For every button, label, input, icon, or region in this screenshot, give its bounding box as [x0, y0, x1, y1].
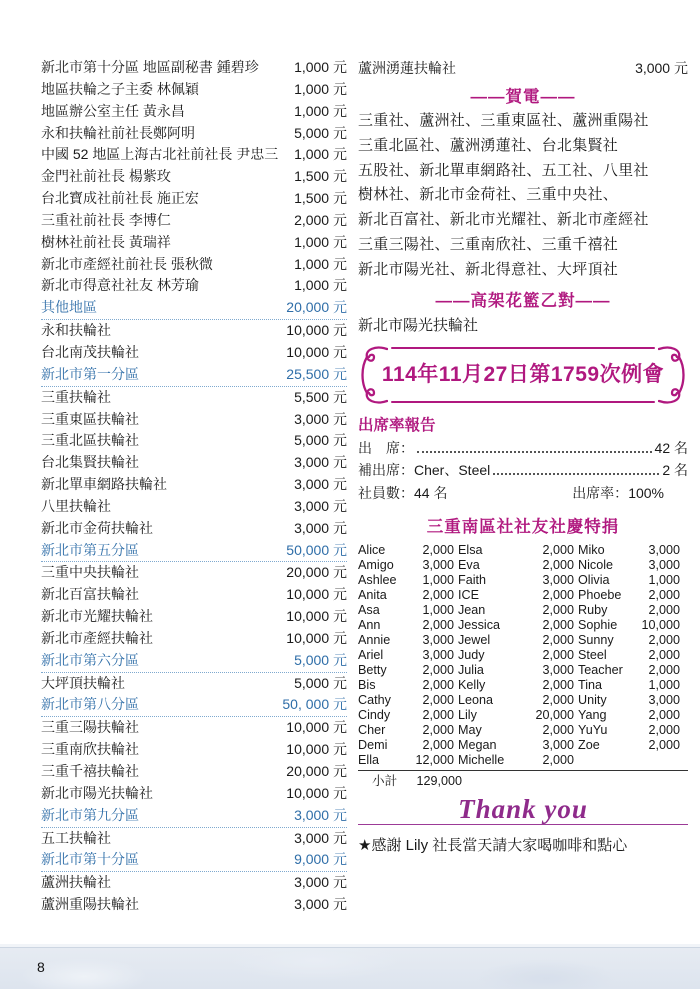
donor-name: 台北寶成社前社長 施正宏 [41, 188, 199, 210]
donor-row: 蘆洲湧蓮扶輪社 3,000 元 [358, 57, 688, 79]
donation-table-name: Jessica [458, 618, 520, 633]
donation-table-amount: 2,000 [638, 708, 680, 723]
donor-row: 新北市金荷扶輪社3,000 元 [41, 518, 347, 540]
donation-amount: 10,000 元 [280, 739, 347, 761]
donation-table-amount: 2,000 [524, 603, 574, 618]
donation-amount: 3,000 元 [288, 894, 347, 916]
donor-name: 台北集賢扶輪社 [41, 452, 139, 474]
donation-table-amount: 3,000 [524, 738, 574, 753]
congrats-heading: ——賀電—— [358, 85, 688, 109]
donation-table-amount: 12,000 [414, 753, 454, 768]
section-header-row: 新北市第五分區50,000 元 [41, 540, 347, 563]
donor-row: 新北市產經扶輪社10,000 元 [41, 628, 347, 650]
donation-table-name: Lily [458, 708, 520, 723]
donation-table-amount: 3,000 [414, 648, 454, 663]
banner-top-rule [391, 347, 655, 349]
attendance-rate: 出席率：100% [572, 482, 688, 505]
section-header-row: 新北市第六分區5,000 元 [41, 650, 347, 673]
donation-amount: 1,000 元 [288, 232, 347, 254]
donation-table-amount: 2,000 [638, 723, 680, 738]
makeup-attendee-names: Cher、Steel [414, 459, 490, 482]
donor-row: 樹林社前社長 黃瑞祥1,000 元 [41, 232, 347, 254]
subtotal-value: 129,000 [410, 773, 462, 789]
donor-name: 中國 52 地區上海古北社前社長 尹忠三 [41, 144, 278, 166]
section-header-row: 新北市第九分區3,000 元 [41, 805, 347, 828]
donor-name: 三重社前社長 李博仁 [41, 210, 171, 232]
donation-table-amount: 1,000 [638, 573, 680, 588]
donation-table-amount: 2,000 [414, 693, 454, 708]
section-title: 新北市第一分區 [41, 364, 139, 386]
footer-band: 8 [0, 947, 700, 989]
donation-amount: 3,000 元 [288, 872, 347, 894]
donation-table-amount: 2,000 [524, 588, 574, 603]
donation-table-name: Steel [578, 648, 634, 663]
donation-table-amount: 2,000 [524, 633, 574, 648]
donation-amount: 1,500 元 [288, 188, 347, 210]
donation-table-name: Asa [358, 603, 410, 618]
right-column: 蘆洲湧蓮扶輪社 3,000 元 ——賀電—— 三重社、蘆洲社、三重東區社、蘆洲重… [358, 57, 688, 855]
donor-row: 台北南茂扶輪社10,000 元 [41, 342, 347, 364]
donor-row: 新北單車網路扶輪社3,000 元 [41, 474, 347, 496]
donation-table-name: Unity [578, 693, 634, 708]
attendance-row: 補出席： Cher、Steel 2 名 [358, 459, 688, 482]
donation-amount: 50, 000 元 [276, 694, 347, 716]
donation-table-name: Cathy [358, 693, 410, 708]
donation-table-name: Kelly [458, 678, 520, 693]
donation-table-name: Ashlee [358, 573, 410, 588]
donation-amount: 1,000 元 [288, 79, 347, 101]
donation-table-amount: 2,000 [524, 648, 574, 663]
subtotal-row: 小計 129,000 [358, 770, 688, 789]
donor-name: 新北百富扶輪社 [41, 584, 139, 606]
donation-table-amount: 2,000 [638, 603, 680, 618]
subtotal-label: 小計 [372, 773, 410, 789]
donation-table-amount: 2,000 [524, 558, 574, 573]
donation-table-name: Phoebe [578, 588, 634, 603]
donation-table-amount: 3,000 [638, 693, 680, 708]
attendance-row: 出 席： 42 名 [358, 437, 688, 460]
donation-table-name: Nicole [578, 558, 634, 573]
donation-table-name [578, 753, 634, 768]
donation-amount: 10,000 元 [280, 320, 347, 342]
donation-table-amount: 2,000 [414, 738, 454, 753]
donor-row: 新北市第十分區 地區副秘書 鍾碧珍1,000 元 [41, 57, 347, 79]
donation-amount: 3,000 元 [288, 828, 347, 850]
donation-table-name: Miko [578, 543, 634, 558]
donation-amount: 50,000 元 [280, 540, 347, 562]
congrats-club-line: 新北市陽光社、新北得意社、大坪頂社 [358, 258, 688, 283]
donor-row: 地區辦公室主任 黃永昌1,000 元 [41, 101, 347, 123]
donation-table-amount: 2,000 [414, 723, 454, 738]
coffee-thanks-note: ★感謝 Lily 社長當天請大家喝咖啡和點心 [358, 834, 688, 855]
meeting-title: 114年11月27日第1759次例會 [358, 344, 688, 406]
donation-table-name: Jewel [458, 633, 520, 648]
donor-name: 三重三陽扶輪社 [41, 717, 139, 739]
donor-row: 金門社前社長 楊紫玫1,500 元 [41, 166, 347, 188]
donation-table-amount: 2,000 [414, 618, 454, 633]
donation-table-amount: 2,000 [414, 588, 454, 603]
donation-table-name: Leona [458, 693, 520, 708]
donor-row: 中國 52 地區上海古北社前社長 尹忠三1,000 元 [41, 144, 347, 166]
donation-table-amount: 2,000 [414, 543, 454, 558]
donor-name: 地區辦公室主任 黃永昌 [41, 101, 185, 123]
donation-table-name: Sunny [578, 633, 634, 648]
donation-table-amount: 3,000 [638, 543, 680, 558]
flourish-icon [658, 344, 688, 406]
donor-name: 金門社前社長 楊紫玫 [41, 166, 171, 188]
section-title: 新北市第八分區 [41, 694, 139, 716]
donor-row: 新北市得意社社友 林芳瑜1,000 元 [41, 275, 347, 297]
donation-table-amount: 2,000 [524, 723, 574, 738]
attendance-label: 補出席： [358, 459, 414, 482]
donation-amount: 5,000 元 [288, 430, 347, 452]
section-title: 新北市第十分區 [41, 849, 139, 871]
donation-table-name: Megan [458, 738, 520, 753]
donor-name: 三重北區扶輪社 [41, 430, 139, 452]
donation-table-name: Annie [358, 633, 410, 648]
donor-name: 新北市金荷扶輪社 [41, 518, 153, 540]
donor-name: 三重東區扶輪社 [41, 409, 139, 431]
donation-amount: 3,000 元 [288, 452, 347, 474]
donation-table-amount: 2,000 [524, 693, 574, 708]
attendance-rate-label: 出席率： [572, 485, 628, 501]
special-donation-title: 三重南區社社友社慶特捐 [358, 515, 688, 539]
donation-table-amount: 3,000 [524, 573, 574, 588]
meeting-banner: 114年11月27日第1759次例會 [358, 344, 688, 406]
donor-name: 台北南茂扶輪社 [41, 342, 139, 364]
donation-amount: 5,000 元 [288, 123, 347, 145]
donation-amount: 10,000 元 [280, 584, 347, 606]
donation-table-amount: 1,000 [638, 678, 680, 693]
donor-name: 蘆洲湧蓮扶輪社 [358, 57, 456, 79]
donation-amount: 5,000 元 [288, 650, 347, 672]
donation-amount: 1,000 元 [288, 275, 347, 297]
donation-table-amount: 2,000 [638, 588, 680, 603]
donation-table-name: Julia [458, 663, 520, 678]
section-title: 新北市第五分區 [41, 540, 139, 562]
donor-row: 台北集賢扶輪社3,000 元 [41, 452, 347, 474]
donor-name: 新北市陽光扶輪社 [41, 783, 153, 805]
donation-table-name: Ruby [578, 603, 634, 618]
flourish-icon [358, 344, 388, 406]
donation-table-name: Anita [358, 588, 410, 603]
attendance-label: 出 席： [358, 437, 414, 460]
section-header-row: 新北市第十分區9,000 元 [41, 849, 347, 872]
donor-name: 五工扶輪社 [41, 828, 111, 850]
donation-table-name: Teacher [578, 663, 634, 678]
donation-table-amount: 2,000 [414, 663, 454, 678]
donation-table-name: Jean [458, 603, 520, 618]
attendance-rate-value: 100% [628, 485, 664, 501]
donation-table-amount: 1,000 [414, 603, 454, 618]
donation-table-name: Demi [358, 738, 410, 753]
section-title: 新北市第六分區 [41, 650, 139, 672]
congrats-club-line: 新北百富社、新北市光耀社、新北市產經社 [358, 208, 688, 233]
donor-row: 三重東區扶輪社3,000 元 [41, 409, 347, 431]
donation-table-name: Ariel [358, 648, 410, 663]
donation-table-name: Alice [358, 543, 410, 558]
donation-table-amount: 3,000 [414, 633, 454, 648]
donation-table-name: Elsa [458, 543, 520, 558]
donation-amount: 1,000 元 [288, 254, 347, 276]
donation-table-name: Eva [458, 558, 520, 573]
donation-table-name: Faith [458, 573, 520, 588]
donation-amount: 1,000 元 [288, 101, 347, 123]
donation-amount: 20,000 元 [280, 297, 347, 319]
attendance-row: 社員數： 44 名 出席率：100% [358, 482, 688, 505]
flower-basket-club: 新北市陽光扶輪社 [358, 314, 688, 338]
attendance-value: 2 名 [662, 459, 688, 482]
donation-table-name: Sophie [578, 618, 634, 633]
congrats-club-line: 三重北區社、蘆洲湧蓮社、台北集賢社 [358, 134, 688, 159]
donor-name: 新北市產經扶輪社 [41, 628, 153, 650]
donation-table-name: Ann [358, 618, 410, 633]
congrats-club-list: 三重社、蘆洲社、三重東區社、蘆洲重陽社三重北區社、蘆洲湧蓮社、台北集賢社五股社、… [358, 109, 688, 283]
donor-row: 蘆洲重陽扶輪社3,000 元 [41, 894, 347, 916]
donor-row: 地區扶輪之子主委 林佩穎1,000 元 [41, 79, 347, 101]
donor-row: 三重南欣扶輪社10,000 元 [41, 739, 347, 761]
section-title: 新北市第九分區 [41, 805, 139, 827]
donation-amount: 10,000 元 [280, 717, 347, 739]
donor-name: 大坪頂扶輪社 [41, 673, 125, 695]
donation-table-name: Judy [458, 648, 520, 663]
donation-amount: 1,000 元 [288, 144, 347, 166]
donation-table-name: Cindy [358, 708, 410, 723]
congrats-club-line: 三重三陽社、三重南欣社、三重千禧社 [358, 233, 688, 258]
donor-name: 地區扶輪之子主委 林佩穎 [41, 79, 199, 101]
dotted-leader [493, 473, 659, 475]
section-header-row: 其他地區20,000 元 [41, 297, 347, 320]
flower-basket-heading: ——高架花籃乙對—— [358, 289, 688, 313]
donor-name: 樹林社前社長 黃瑞祥 [41, 232, 171, 254]
donor-name: 八里扶輪社 [41, 496, 111, 518]
member-count-value: 44 名 [414, 482, 447, 505]
donation-amount: 9,000 元 [288, 849, 347, 871]
donation-table-amount: 2,000 [638, 633, 680, 648]
attendance-value: 42 名 [655, 437, 688, 460]
donor-row: 大坪頂扶輪社5,000 元 [41, 673, 347, 695]
banner-bottom-rule [391, 401, 655, 403]
donation-table-amount: 2,000 [638, 663, 680, 678]
dotted-leader [417, 451, 652, 453]
thank-you-script: Thank you [358, 792, 688, 826]
donor-row: 三重社前社長 李博仁2,000 元 [41, 210, 347, 232]
donor-row: 新北市陽光扶輪社10,000 元 [41, 783, 347, 805]
donation-amount: 20,000 元 [280, 562, 347, 584]
donor-row: 三重中央扶輪社20,000 元 [41, 562, 347, 584]
page-number: 8 [37, 959, 45, 975]
donation-table-amount: 3,000 [638, 558, 680, 573]
donation-amount: 2,000 元 [288, 210, 347, 232]
donor-row: 永和扶輪社10,000 元 [41, 320, 347, 342]
donor-name: 新北市得意社社友 林芳瑜 [41, 275, 199, 297]
donation-amount: 1,500 元 [288, 166, 347, 188]
donor-row: 台北寶成社前社長 施正宏1,500 元 [41, 188, 347, 210]
member-count-label: 社員數： [358, 482, 414, 505]
donation-amount: 10,000 元 [280, 342, 347, 364]
donation-amount: 3,000 元 [288, 805, 347, 827]
donation-table-name: Tina [578, 678, 634, 693]
donor-row: 蘆洲扶輪社3,000 元 [41, 872, 347, 894]
donation-table-amount: 2,000 [414, 678, 454, 693]
donation-table-name: YuYu [578, 723, 634, 738]
donor-row: 五工扶輪社3,000 元 [41, 828, 347, 850]
donation-table-amount: 2,000 [638, 648, 680, 663]
donation-table-name: Cher [358, 723, 410, 738]
donor-name: 新北市產經社前社長 張秋微 [41, 254, 213, 276]
donor-row: 三重千禧扶輪社20,000 元 [41, 761, 347, 783]
donation-amount: 3,000 元 [288, 409, 347, 431]
donation-table-amount: 2,000 [524, 543, 574, 558]
donor-name: 三重中央扶輪社 [41, 562, 139, 584]
donation-table-amount: 3,000 [524, 663, 574, 678]
donor-row: 八里扶輪社3,000 元 [41, 496, 347, 518]
donor-row: 新北百富扶輪社10,000 元 [41, 584, 347, 606]
donation-amount: 3,000 元 [288, 474, 347, 496]
donation-amount: 5,500 元 [288, 387, 347, 409]
donation-table-name: Ella [358, 753, 410, 768]
donor-row: 三重扶輪社5,500 元 [41, 387, 347, 409]
section-header-row: 新北市第一分區25,500 元 [41, 364, 347, 387]
donation-table-name: Betty [358, 663, 410, 678]
donation-table-name: ICE [458, 588, 520, 603]
donation-list-left-column: 新北市第十分區 地區副秘書 鍾碧珍1,000 元地區扶輪之子主委 林佩穎1,00… [41, 57, 347, 916]
donation-table-name: Olivia [578, 573, 634, 588]
section-header-row: 新北市第八分區50, 000 元 [41, 694, 347, 717]
donation-table-amount: 2,000 [524, 678, 574, 693]
attendance-report-title: 出席率報告 [358, 415, 688, 437]
donation-amount: 25,500 元 [280, 364, 347, 386]
donor-row: 新北市產經社前社長 張秋微1,000 元 [41, 254, 347, 276]
donation-amount: 10,000 元 [280, 606, 347, 628]
donation-amount: 5,000 元 [288, 673, 347, 695]
donation-table-amount [638, 753, 680, 768]
donor-row: 三重北區扶輪社5,000 元 [41, 430, 347, 452]
donation-table-amount: 3,000 [414, 558, 454, 573]
donation-table-name: Yang [578, 708, 634, 723]
congrats-club-line: 五股社、新北單車網路社、五工社、八里社 [358, 159, 688, 184]
donor-name: 新北單車網路扶輪社 [41, 474, 167, 496]
donation-table-name: May [458, 723, 520, 738]
donation-table-amount: 1,000 [414, 573, 454, 588]
donation-amount: 1,000 元 [288, 57, 347, 79]
donor-name: 蘆洲重陽扶輪社 [41, 894, 139, 916]
donor-name: 三重千禧扶輪社 [41, 761, 139, 783]
donor-name: 三重扶輪社 [41, 387, 111, 409]
donor-name: 蘆洲扶輪社 [41, 872, 111, 894]
donation-amount: 3,000 元 [288, 496, 347, 518]
donation-table-name: Bis [358, 678, 410, 693]
congrats-club-line: 三重社、蘆洲社、三重東區社、蘆洲重陽社 [358, 109, 688, 134]
donor-row: 三重三陽扶輪社10,000 元 [41, 717, 347, 739]
donation-table-name: Michelle [458, 753, 520, 768]
donation-amount: 10,000 元 [280, 783, 347, 805]
donation-table-amount: 20,000 [524, 708, 574, 723]
donation-table-amount: 2,000 [638, 738, 680, 753]
section-title: 其他地區 [41, 297, 97, 319]
donor-name: 新北市第十分區 地區副秘書 鍾碧珍 [41, 57, 259, 79]
donation-table-amount: 2,000 [524, 753, 574, 768]
donor-name: 新北市光耀扶輪社 [41, 606, 153, 628]
donation-table-name: Zoe [578, 738, 634, 753]
donation-amount: 20,000 元 [280, 761, 347, 783]
donor-name: 永和扶輪社前社長鄭阿明 [41, 123, 195, 145]
congrats-club-line: 樹林社、新北市金荷社、三重中央社、 [358, 183, 688, 208]
donation-amount: 10,000 元 [280, 628, 347, 650]
donation-table-amount: 2,000 [414, 708, 454, 723]
donation-table-name: Amigo [358, 558, 410, 573]
donor-row: 永和扶輪社前社長鄭阿明5,000 元 [41, 123, 347, 145]
donor-name: 三重南欣扶輪社 [41, 739, 139, 761]
donation-amount: 3,000 元 [288, 518, 347, 540]
donation-table-amount: 10,000 [638, 618, 680, 633]
special-donation-table: Alice2,000Elsa2,000Miko3,000Amigo3,000Ev… [358, 543, 688, 768]
donation-amount: 3,000 元 [635, 57, 688, 79]
donor-row: 新北市光耀扶輪社10,000 元 [41, 606, 347, 628]
donor-name: 永和扶輪社 [41, 320, 111, 342]
donation-table-amount: 2,000 [524, 618, 574, 633]
